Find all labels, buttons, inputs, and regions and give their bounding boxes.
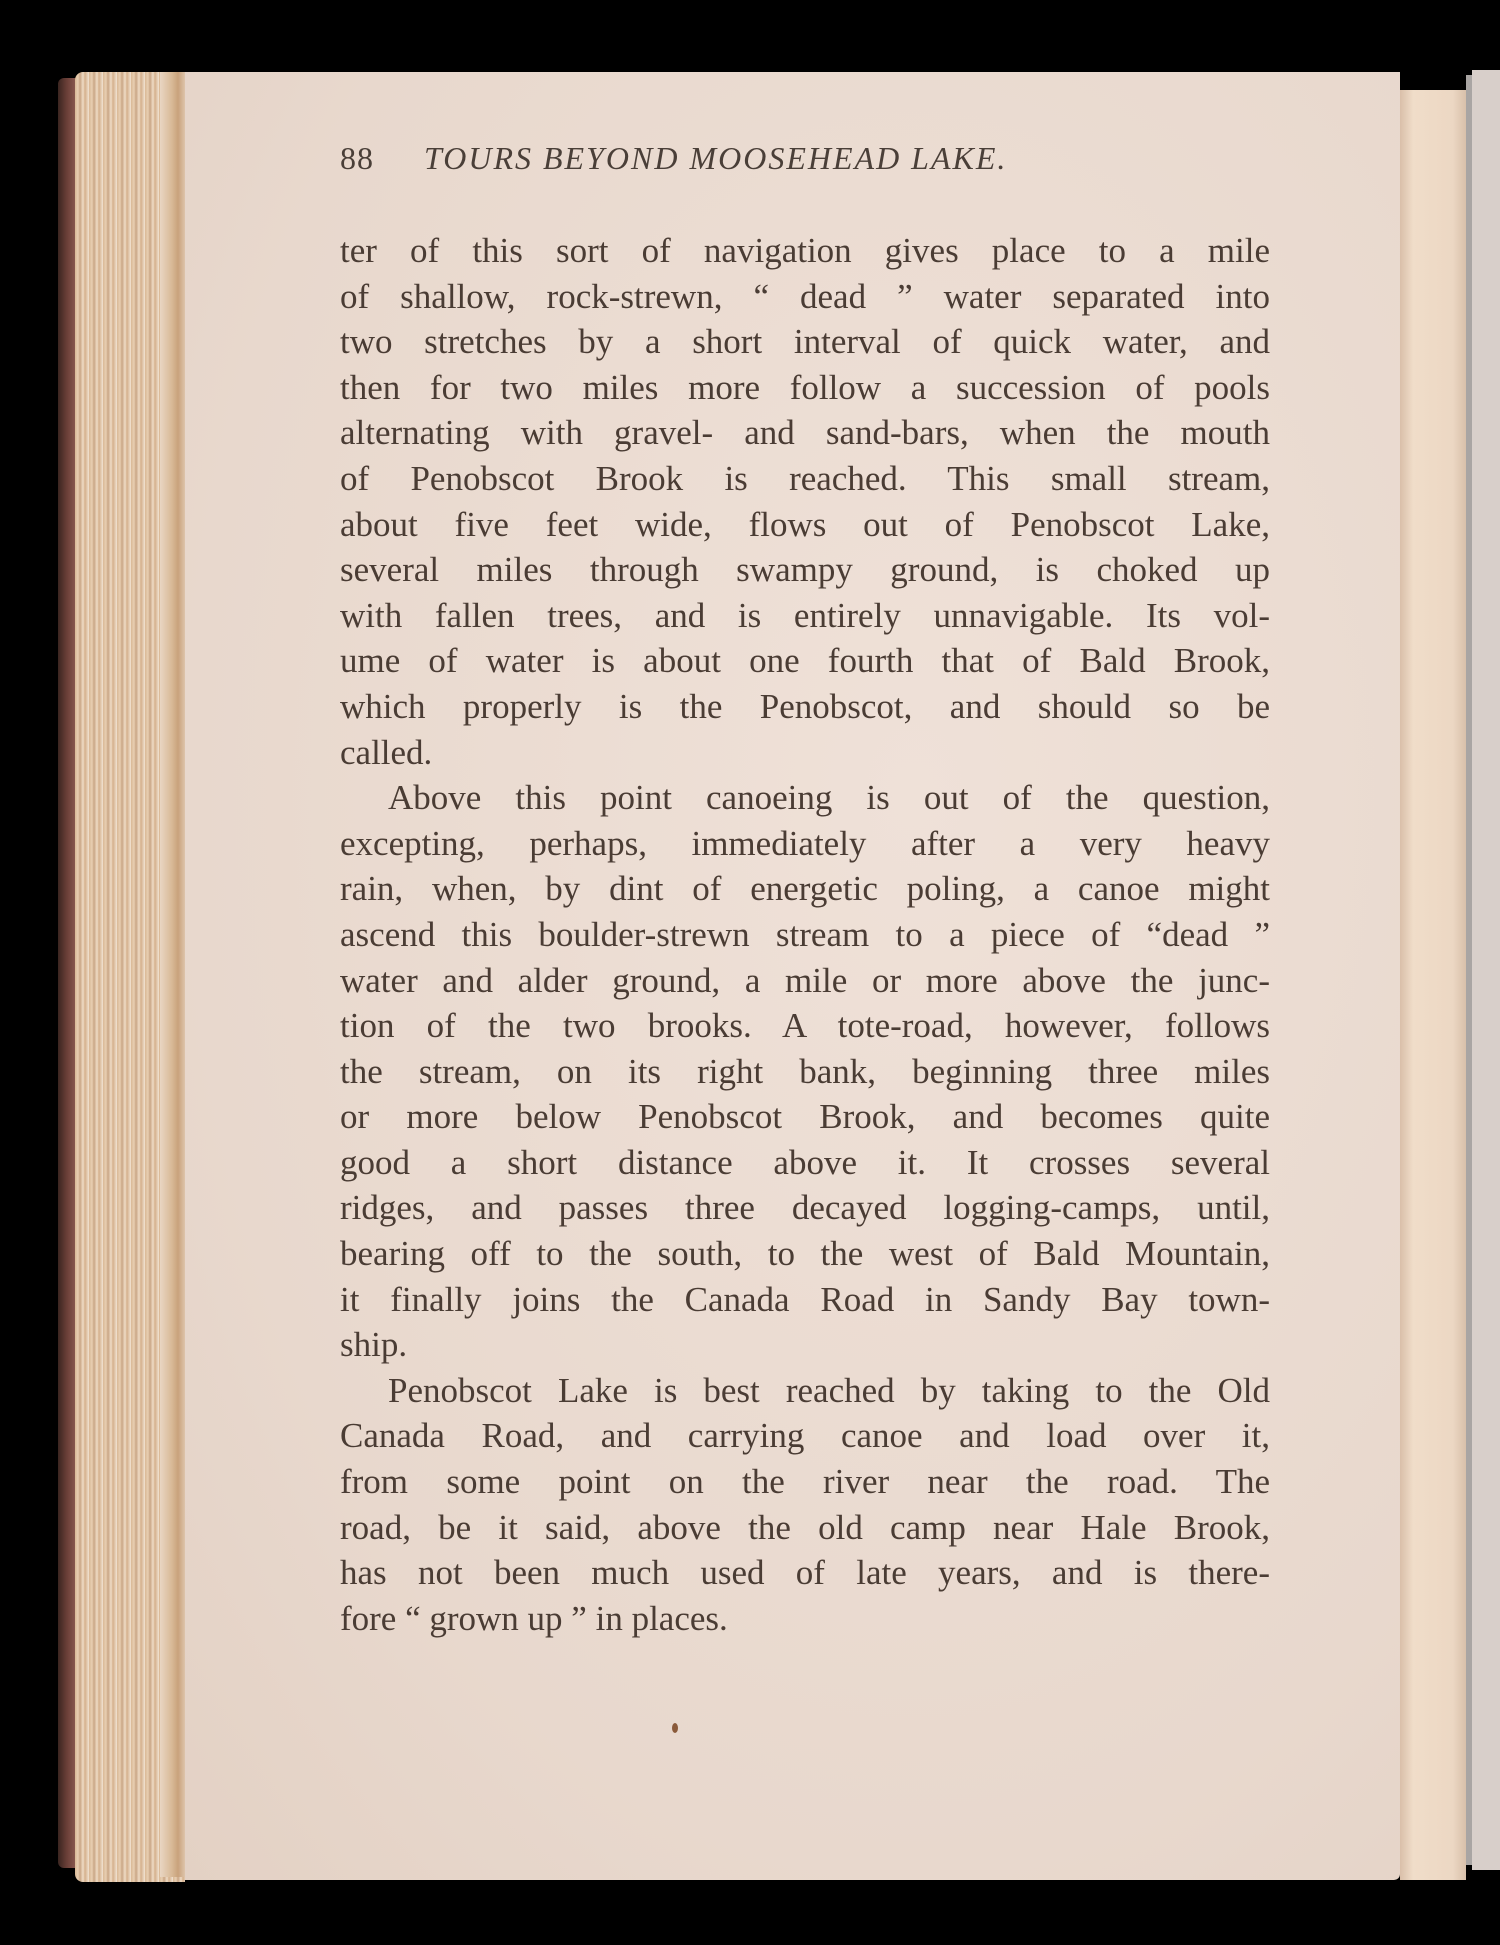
text-line: ume of water is about one fourth that of… <box>340 638 1270 684</box>
text-line: has not been much used of late years, an… <box>340 1550 1270 1596</box>
text-line: ascend this boulder-strewn stream to a p… <box>340 912 1270 958</box>
paragraph-1: ter of this sort of navigation gives pla… <box>340 228 1270 775</box>
text-line: road, be it said, above the old camp nea… <box>340 1505 1270 1551</box>
text-line: rain, when, by dint of energetic poling,… <box>340 866 1270 912</box>
text-line: about five feet wide, flows out of Penob… <box>340 502 1270 548</box>
text-line: ridges, and passes three decayed logging… <box>340 1185 1270 1231</box>
text-line: alternating with gravel- and sand-bars, … <box>340 410 1270 456</box>
text-line: water and alder ground, a mile or more a… <box>340 958 1270 1004</box>
running-head: 88 TOURS BEYOND MOOSEHEAD LAKE. <box>340 140 1270 190</box>
text-line: tion of the two brooks. A tote-road, how… <box>340 1003 1270 1049</box>
text-line: which properly is the Penobscot, and sho… <box>340 684 1270 730</box>
text-line: ship. <box>340 1322 1270 1368</box>
ink-spot <box>672 1723 678 1733</box>
text-line: several miles through swampy ground, is … <box>340 547 1270 593</box>
text-line: Penobscot Lake is best reached by taking… <box>340 1368 1270 1414</box>
text-line: from some point on the river near the ro… <box>340 1459 1270 1505</box>
text-line: bearing off to the south, to the west of… <box>340 1231 1270 1277</box>
facing-page-paper <box>1472 70 1500 1870</box>
facing-page-edge <box>1400 90 1466 1880</box>
text-line: then for two miles more follow a success… <box>340 365 1270 411</box>
text-line: Above this point canoeing is out of the … <box>340 775 1270 821</box>
text-line: the stream, on its right bank, beginning… <box>340 1049 1270 1095</box>
text-line: two stretches by a short interval of qui… <box>340 319 1270 365</box>
text-line: it finally joins the Canada Road in Sand… <box>340 1277 1270 1323</box>
text-line: Canada Road, and carrying canoe and load… <box>340 1413 1270 1459</box>
page-number: 88 <box>340 140 374 177</box>
running-head-title: TOURS BEYOND MOOSEHEAD LAKE. <box>424 140 1007 177</box>
text-line: called. <box>340 730 1270 776</box>
text-line: of Penobscot Brook is reached. This smal… <box>340 456 1270 502</box>
text-line: with fallen trees, and is entirely unnav… <box>340 593 1270 639</box>
text-line: good a short distance above it. It cross… <box>340 1140 1270 1186</box>
text-line: or more below Penobscot Brook, and becom… <box>340 1094 1270 1140</box>
text-line: ter of this sort of navigation gives pla… <box>340 228 1270 274</box>
text-line: of shallow, rock-strewn, “ dead ” water … <box>340 274 1270 320</box>
paragraph-2: Above this point canoeing is out of the … <box>340 775 1270 1368</box>
body-text: ter of this sort of navigation gives pla… <box>340 228 1270 1641</box>
text-line: fore “ grown up ” in places. <box>340 1596 1270 1642</box>
paragraph-3: Penobscot Lake is best reached by taking… <box>340 1368 1270 1642</box>
text-line: excepting, perhaps, immediately after a … <box>340 821 1270 867</box>
